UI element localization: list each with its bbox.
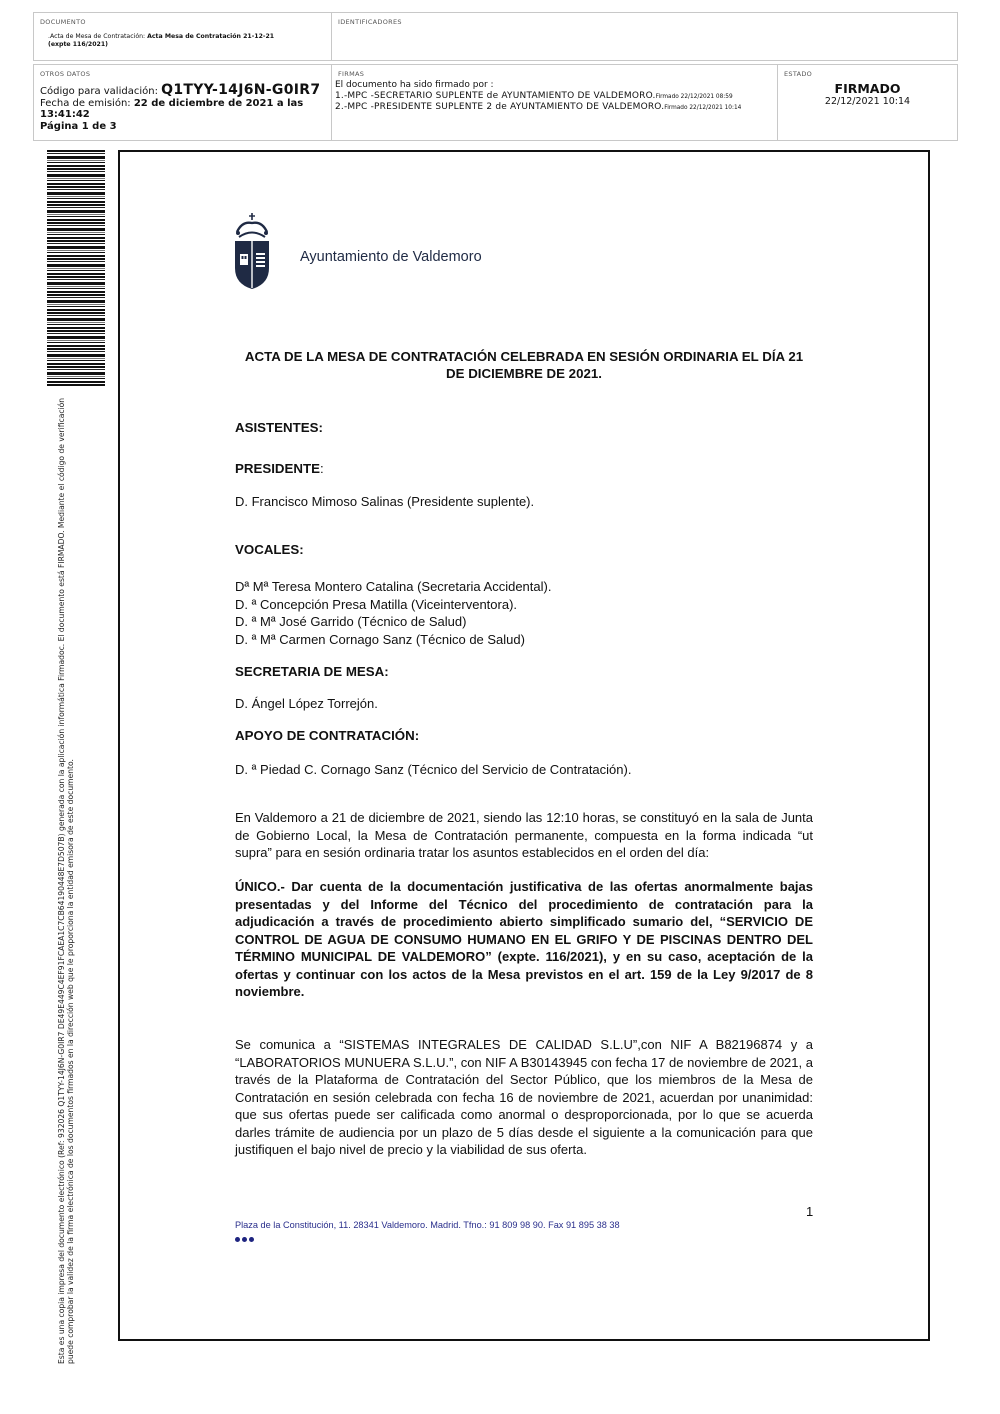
list-item: D. ª Mª Carmen Cornago Sanz (Técnico de … bbox=[235, 631, 813, 649]
identificadores-cell: IDENTIFICADORES bbox=[331, 13, 957, 60]
coat-of-arms-icon bbox=[234, 212, 270, 290]
presidente-name: D. Francisco Mimoso Salinas (Presidente … bbox=[235, 493, 813, 511]
intro-paragraph: En Valdemoro a 21 de diciembre de 2021, … bbox=[235, 809, 813, 862]
otros-datos-cell: OTROS DATOS Código para validación: Q1TY… bbox=[34, 65, 331, 140]
unico-paragraph: ÚNICO.- Dar cuenta de la documentación j… bbox=[235, 878, 813, 1001]
verification-side-note: Esta es una copia impresa del documento … bbox=[57, 384, 75, 1364]
signature-signer: 1.-MPC -SECRETARIO SUPLENTE de AYUNTAMIE… bbox=[335, 91, 656, 101]
status-date: 22/12/2021 10:14 bbox=[778, 96, 957, 107]
document-info-header: DOCUMENTO .Acta de Mesa de Contratación:… bbox=[33, 12, 958, 61]
issue-date-label: Fecha de emisión: bbox=[40, 98, 134, 109]
side-note-line-2: puede comprobar la validez de la firma e… bbox=[66, 384, 75, 1364]
list-item: D. ª Mª José Garrido (Técnico de Salud) bbox=[235, 613, 813, 631]
title-line-2: DE DICIEMBRE DE 2021. bbox=[235, 365, 813, 382]
vocales-list: Dª Mª Teresa Montero Catalina (Secretari… bbox=[235, 578, 813, 648]
documento-cell: DOCUMENTO .Acta de Mesa de Contratación:… bbox=[34, 13, 331, 60]
documento-expediente: (expte 116/2021) bbox=[48, 41, 108, 48]
documento-title: Acta Mesa de Contratación 21-12-21 bbox=[147, 33, 274, 40]
status-badge: FIRMADO bbox=[778, 81, 957, 96]
list-item: Dª Mª Teresa Montero Catalina (Secretari… bbox=[235, 578, 813, 596]
footer-address: Plaza de la Constitución, 11. 28341 Vald… bbox=[235, 1220, 620, 1230]
secretaria-name: D. Ángel López Torrejón. bbox=[235, 695, 813, 713]
document-page: Ayuntamiento de Valdemoro ACTA DE LA MES… bbox=[118, 150, 930, 1341]
documento-caption: DOCUMENTO bbox=[40, 18, 86, 26]
signature-info-header: OTROS DATOS Código para validación: Q1TY… bbox=[33, 64, 958, 141]
documento-description: .Acta de Mesa de Contratación: Acta Mesa… bbox=[48, 33, 274, 48]
signature-entry: 1.-MPC -SECRETARIO SUPLENTE de AYUNTAMIE… bbox=[335, 91, 741, 103]
title-line-1: ACTA DE LA MESA DE CONTRATACIÓN CELEBRAD… bbox=[235, 348, 813, 365]
apoyo-heading: APOYO DE CONTRATACIÓN: bbox=[235, 728, 813, 743]
apoyo-name: D. ª Piedad C. Cornago Sanz (Técnico del… bbox=[235, 761, 813, 779]
firmas-cell: FIRMAS El documento ha sido firmado por … bbox=[331, 65, 777, 140]
page-count: Página 1 de 3 bbox=[40, 121, 117, 132]
secretaria-heading: SECRETARIA DE MESA: bbox=[235, 664, 813, 679]
brand-name: Ayuntamiento de Valdemoro bbox=[300, 249, 482, 265]
signature-timestamp: Firmado 22/12/2021 08:59 bbox=[656, 94, 733, 100]
issue-date-line: Fecha de emisión: 22 de diciembre de 202… bbox=[40, 98, 331, 121]
barcode bbox=[47, 150, 105, 386]
presidente-heading: PRESIDENTE: bbox=[235, 461, 813, 476]
list-item: D. ª Concepción Presa Matilla (Viceinter… bbox=[235, 596, 813, 614]
side-note-line-1: Esta es una copia impresa del documento … bbox=[57, 384, 66, 1364]
validation-code-line: Código para validación: Q1TYY-14J6N-G0IR… bbox=[40, 85, 331, 98]
presidente-heading-colon: : bbox=[320, 461, 324, 476]
estado-caption: ESTADO bbox=[784, 70, 812, 78]
firmas-intro: El documento ha sido firmado por : bbox=[335, 80, 741, 91]
identificadores-caption: IDENTIFICADORES bbox=[338, 18, 402, 26]
presidente-heading-text: PRESIDENTE bbox=[235, 461, 320, 476]
signature-timestamp: Firmado 22/12/2021 10:14 bbox=[664, 105, 741, 111]
signature-entry: 2.-MPC -PRESIDENTE SUPLENTE 2 de AYUNTAM… bbox=[335, 102, 741, 114]
documento-prefix: .Acta de Mesa de Contratación: bbox=[48, 33, 147, 40]
page-number: 1 bbox=[806, 1204, 813, 1219]
page-title: ACTA DE LA MESA DE CONTRATACIÓN CELEBRAD… bbox=[235, 348, 813, 382]
asistentes-heading: ASISTENTES: bbox=[235, 420, 813, 435]
estado-cell: ESTADO FIRMADO 22/12/2021 10:14 bbox=[777, 65, 957, 140]
firmas-caption: FIRMAS bbox=[338, 70, 364, 78]
validation-code: Q1TYY-14J6N-G0IR7 bbox=[161, 82, 320, 98]
otros-datos-caption: OTROS DATOS bbox=[40, 70, 90, 78]
signature-signer: 2.-MPC -PRESIDENTE SUPLENTE 2 de AYUNTAM… bbox=[335, 102, 664, 112]
comunica-paragraph: Se comunica a “SISTEMAS INTEGRALES DE CA… bbox=[235, 1036, 813, 1159]
footer-dots-icon bbox=[235, 1237, 254, 1242]
vocales-heading: VOCALES: bbox=[235, 542, 813, 557]
validation-code-label: Código para validación: bbox=[40, 86, 161, 97]
